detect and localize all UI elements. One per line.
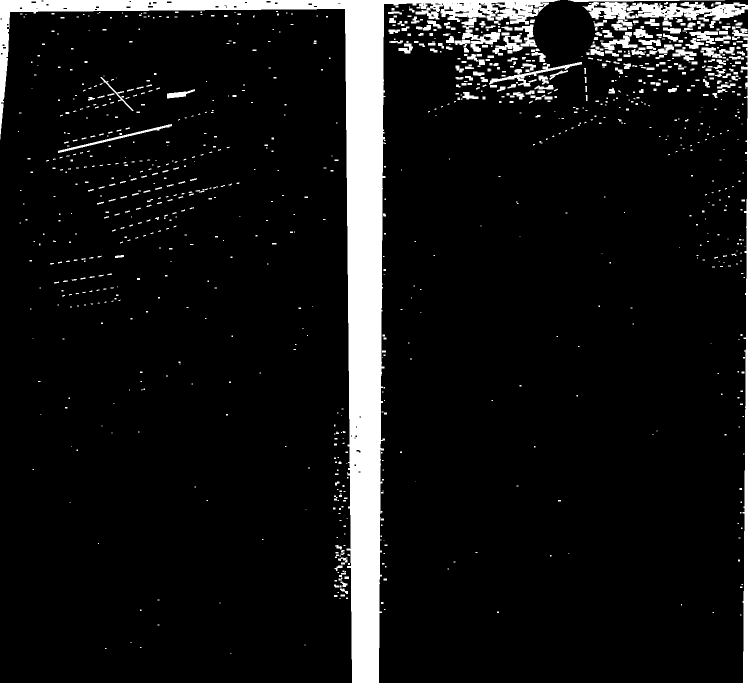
speckle: [273, 29, 275, 30]
speckle: [741, 67, 748, 70]
speckle: [644, 51, 646, 52]
speckle: [473, 55, 476, 57]
speckle: [702, 211, 705, 213]
speckle: [410, 359, 412, 360]
speckle: [530, 96, 535, 99]
speckle: [483, 34, 486, 36]
speckle: [243, 85, 245, 86]
speckle: [619, 120, 622, 122]
speckle: [340, 567, 342, 568]
speckle: [526, 60, 531, 62]
speckle: [491, 26, 495, 28]
speckle: [590, 49, 594, 52]
speckle: [382, 490, 383, 491]
speckle: [519, 385, 521, 386]
speckle: [214, 197, 216, 198]
speckle: [137, 112, 141, 113]
speckle: [471, 38, 473, 40]
speckle: [535, 4, 542, 7]
speckle: [380, 575, 382, 577]
speckle: [378, 156, 380, 158]
speckle: [742, 103, 744, 104]
speckle: [384, 199, 386, 201]
speckle: [688, 8, 694, 10]
speckle: [20, 222, 22, 223]
speckle: [116, 295, 119, 297]
speckle: [466, 10, 471, 12]
speckle: [601, 28, 603, 29]
speckle: [629, 11, 633, 13]
speckle: [735, 31, 739, 33]
speckle: [712, 8, 717, 10]
speckle: [502, 71, 506, 73]
speckle: [606, 98, 608, 99]
speckle: [146, 80, 150, 81]
speckle: [600, 40, 604, 41]
speckle: [453, 15, 458, 17]
speckle: [669, 41, 671, 42]
speckle: [492, 400, 493, 401]
speckle: [529, 10, 532, 12]
speckle: [498, 29, 501, 32]
speckle: [482, 45, 488, 48]
speckle: [618, 12, 619, 13]
speckle: [456, 77, 462, 79]
speckle: [557, 336, 558, 337]
speckle: [378, 293, 380, 295]
speckle: [475, 5, 478, 6]
speckle: [719, 66, 723, 68]
speckle: [418, 27, 422, 30]
speckle: [382, 188, 383, 189]
speckle: [700, 24, 704, 27]
speckle: [339, 579, 341, 581]
speckle: [715, 75, 718, 76]
speckle: [659, 3, 661, 4]
speckle: [400, 452, 402, 453]
speckle: [205, 318, 207, 319]
speckle: [503, 13, 504, 14]
speckle: [51, 13, 54, 14]
speckle: [242, 90, 245, 91]
speckle: [411, 21, 414, 23]
speckle: [719, 62, 724, 64]
speckle: [521, 67, 524, 68]
speckle: [585, 110, 587, 111]
speckle: [423, 28, 429, 31]
speckle: [458, 98, 461, 100]
speckle: [616, 21, 619, 23]
speckle: [626, 109, 629, 111]
speckle: [632, 15, 635, 18]
speckle: [624, 51, 626, 52]
speckle: [625, 76, 628, 77]
speckle: [726, 29, 728, 30]
speckle: [738, 559, 740, 561]
speckle: [157, 219, 158, 220]
speckle: [725, 434, 727, 435]
speckle: [462, 26, 466, 28]
speckle: [702, 47, 709, 50]
speckle: [43, 233, 45, 235]
speckle: [744, 506, 746, 508]
speckle: [412, 10, 415, 13]
speckle: [746, 528, 747, 529]
speckle: [717, 28, 720, 30]
speckle: [701, 51, 705, 53]
speckle: [636, 15, 639, 18]
speckle: [669, 18, 673, 20]
speckle: [469, 78, 473, 81]
speckle: [631, 101, 634, 103]
speckle: [299, 308, 302, 309]
speckle: [614, 54, 619, 57]
speckle: [743, 453, 745, 454]
speckle: [708, 66, 713, 68]
speckle: [71, 213, 72, 214]
speckle: [666, 2, 668, 4]
speckle: [688, 61, 690, 62]
speckle: [33, 241, 35, 242]
speckle: [383, 90, 385, 92]
speckle: [742, 34, 748, 37]
speckle: [39, 288, 41, 289]
speckle: [38, 381, 41, 382]
speckle: [514, 27, 517, 30]
speckle: [745, 407, 747, 408]
speckle: [494, 21, 499, 24]
speckle: [284, 115, 285, 116]
speckle: [306, 509, 307, 510]
speckle: [702, 67, 705, 69]
speckle: [253, 50, 257, 52]
speckle: [381, 198, 383, 199]
speckle: [470, 41, 472, 43]
speckle: [138, 432, 139, 433]
speckle: [740, 70, 743, 72]
speckle: [743, 240, 744, 241]
speckle: [348, 468, 350, 470]
speckle: [707, 233, 708, 234]
speckle: [343, 526, 346, 527]
speckle: [447, 12, 449, 13]
speckle: [535, 116, 538, 118]
speckle: [486, 59, 491, 61]
speckle: [691, 175, 693, 177]
speckle: [51, 30, 54, 32]
speckle: [448, 569, 449, 570]
speckle: [642, 32, 644, 33]
speckle: [629, 100, 630, 101]
speckle: [507, 36, 510, 37]
speckle: [317, 15, 319, 16]
speckle: [742, 31, 744, 33]
speckle: [334, 595, 337, 597]
speckle: [739, 78, 741, 79]
speckle: [621, 6, 623, 7]
speckle: [660, 48, 664, 50]
speckle: [24, 17, 25, 18]
speckle: [601, 253, 602, 254]
speckle: [619, 27, 627, 30]
speckle: [506, 42, 508, 44]
speckle: [700, 112, 701, 113]
speckle: [640, 51, 642, 52]
speckle: [736, 27, 740, 29]
speckle: [277, 14, 279, 16]
speckle: [460, 14, 465, 17]
left-panel-surface: [0, 9, 352, 683]
speckle: [697, 255, 699, 256]
speckle: [449, 159, 450, 160]
speckle: [275, 2, 277, 4]
speckle: [470, 44, 475, 47]
speckle: [268, 41, 271, 42]
speckle: [686, 32, 687, 33]
speckle: [384, 553, 385, 554]
speckle: [1, 102, 3, 103]
speckle: [605, 2, 609, 4]
speckle: [615, 80, 617, 81]
speckle: [341, 573, 344, 575]
speckle: [314, 6, 317, 7]
right-panel-surface-layer: [379, 0, 748, 683]
speckle: [517, 69, 522, 72]
speckle: [121, 96, 124, 98]
speckle: [613, 40, 618, 43]
speckle: [657, 40, 660, 41]
speckle: [694, 32, 698, 34]
speckle: [731, 12, 735, 14]
speckle: [721, 394, 723, 395]
speckle: [644, 104, 646, 105]
speckle: [391, 8, 394, 10]
speckle: [678, 8, 683, 10]
speckle: [33, 469, 34, 470]
speckle: [746, 558, 748, 559]
speckle: [499, 176, 501, 177]
speckle: [59, 214, 61, 215]
speckle: [377, 536, 379, 537]
speckle: [709, 78, 714, 80]
speckle: [725, 4, 732, 7]
speckle: [389, 21, 396, 24]
speckle: [745, 251, 748, 253]
speckle: [376, 456, 379, 457]
speckle: [704, 19, 710, 21]
speckle: [568, 553, 570, 554]
speckle: [377, 461, 379, 462]
speckle: [668, 60, 671, 61]
speckle: [267, 264, 269, 265]
speckle: [566, 213, 568, 214]
speckle: [711, 21, 716, 23]
speckle: [25, 219, 27, 220]
speckle: [251, 102, 253, 103]
speckle: [435, 7, 439, 9]
speckle: [532, 60, 535, 62]
speckle: [637, 32, 641, 35]
speckle: [592, 10, 594, 12]
speckle: [593, 2, 597, 4]
speckle: [411, 298, 412, 299]
speckle: [532, 92, 535, 94]
speckle: [573, 107, 576, 108]
speckle: [402, 10, 403, 11]
speckle: [96, 6, 99, 8]
speckle: [52, 167, 55, 169]
speckle: [308, 468, 310, 469]
speckle: [727, 82, 729, 83]
speckle: [547, 87, 554, 90]
speckle: [109, 99, 111, 101]
speckle: [543, 63, 545, 65]
speckle: [382, 392, 383, 393]
speckle: [19, 112, 22, 113]
speckle: [656, 64, 659, 67]
speckle: [691, 85, 695, 86]
speckle: [637, 97, 640, 99]
speckle: [663, 11, 665, 13]
speckle: [379, 550, 382, 552]
speckle: [723, 57, 726, 58]
speckle: [384, 96, 386, 97]
speckle: [349, 555, 351, 556]
speckle: [53, 241, 55, 242]
speckle: [86, 117, 88, 118]
speckle: [153, 2, 157, 4]
speckle: [341, 563, 345, 565]
speckle: [111, 178, 114, 179]
speckle: [384, 400, 385, 401]
speckle: [527, 41, 531, 42]
speckle: [742, 29, 747, 31]
speckle: [323, 219, 326, 220]
speckle: [525, 28, 532, 31]
speckle: [605, 51, 613, 54]
speckle: [725, 91, 728, 92]
speckle: [710, 12, 712, 13]
speckle: [618, 69, 622, 72]
speckle: [345, 561, 347, 563]
speckle: [641, 89, 644, 91]
speckle: [525, 21, 529, 24]
speckle: [233, 42, 236, 43]
speckle: [541, 88, 544, 89]
speckle: [85, 182, 89, 183]
speckle: [231, 257, 233, 258]
speckle: [701, 107, 702, 108]
speckle: [383, 387, 385, 388]
speckle: [194, 486, 196, 487]
speckle: [681, 51, 684, 53]
speckle: [351, 436, 352, 437]
speckle: [726, 59, 728, 61]
speckle: [458, 58, 461, 59]
speckle: [594, 10, 600, 12]
speckle: [492, 32, 496, 34]
speckle: [694, 42, 701, 45]
speckle: [737, 397, 739, 399]
speckle: [138, 190, 141, 191]
speckle: [343, 589, 345, 591]
speckle: [739, 87, 742, 89]
speckle: [378, 548, 379, 549]
speckle: [113, 403, 115, 404]
speckle: [718, 191, 720, 192]
speckle: [713, 12, 714, 13]
speckle: [384, 338, 387, 340]
speckle: [341, 551, 343, 552]
speckle: [262, 539, 264, 540]
speckle: [523, 9, 526, 10]
speckle: [109, 146, 112, 148]
speckle: [733, 78, 736, 80]
speckle: [685, 128, 687, 129]
speckle: [707, 241, 709, 242]
speckle: [480, 6, 482, 8]
speckle: [627, 45, 631, 47]
speckle: [680, 13, 683, 15]
speckle: [405, 21, 408, 24]
speckle: [728, 239, 729, 240]
speckle: [348, 462, 351, 463]
speckle: [65, 172, 67, 174]
speckle: [336, 568, 338, 569]
speckle: [729, 69, 731, 70]
speckle: [717, 12, 720, 13]
speckle: [314, 41, 317, 43]
speckle: [741, 209, 743, 210]
speckle: [722, 8, 724, 9]
speckle: [706, 41, 710, 43]
speckle: [743, 416, 744, 417]
speckle: [712, 204, 715, 205]
speckle: [498, 24, 501, 25]
speckle: [603, 117, 605, 118]
speckle: [665, 48, 668, 50]
speckle: [740, 587, 742, 589]
speckle: [141, 389, 142, 390]
speckle: [276, 11, 278, 12]
speckle: [66, 112, 70, 114]
speckle: [547, 64, 550, 67]
speckle: [554, 111, 555, 112]
speckle: [100, 196, 102, 197]
speckle: [82, 83, 84, 85]
speckle: [130, 1, 131, 2]
speckle: [601, 43, 609, 46]
speckle: [672, 88, 677, 91]
speckle: [389, 41, 391, 42]
speckle: [677, 19, 682, 22]
speckle: [169, 248, 173, 250]
speckle: [659, 79, 661, 80]
speckle: [559, 118, 561, 119]
speckle: [640, 65, 643, 66]
speckle: [690, 5, 696, 8]
speckle: [508, 5, 515, 7]
speckle: [494, 63, 498, 65]
speckle: [30, 309, 32, 310]
speckle: [642, 53, 645, 55]
speckle: [677, 85, 680, 87]
speckle: [337, 545, 339, 547]
speckle: [683, 24, 686, 25]
speckle: [633, 4, 636, 5]
speckle: [692, 18, 696, 20]
speckle: [355, 436, 357, 437]
